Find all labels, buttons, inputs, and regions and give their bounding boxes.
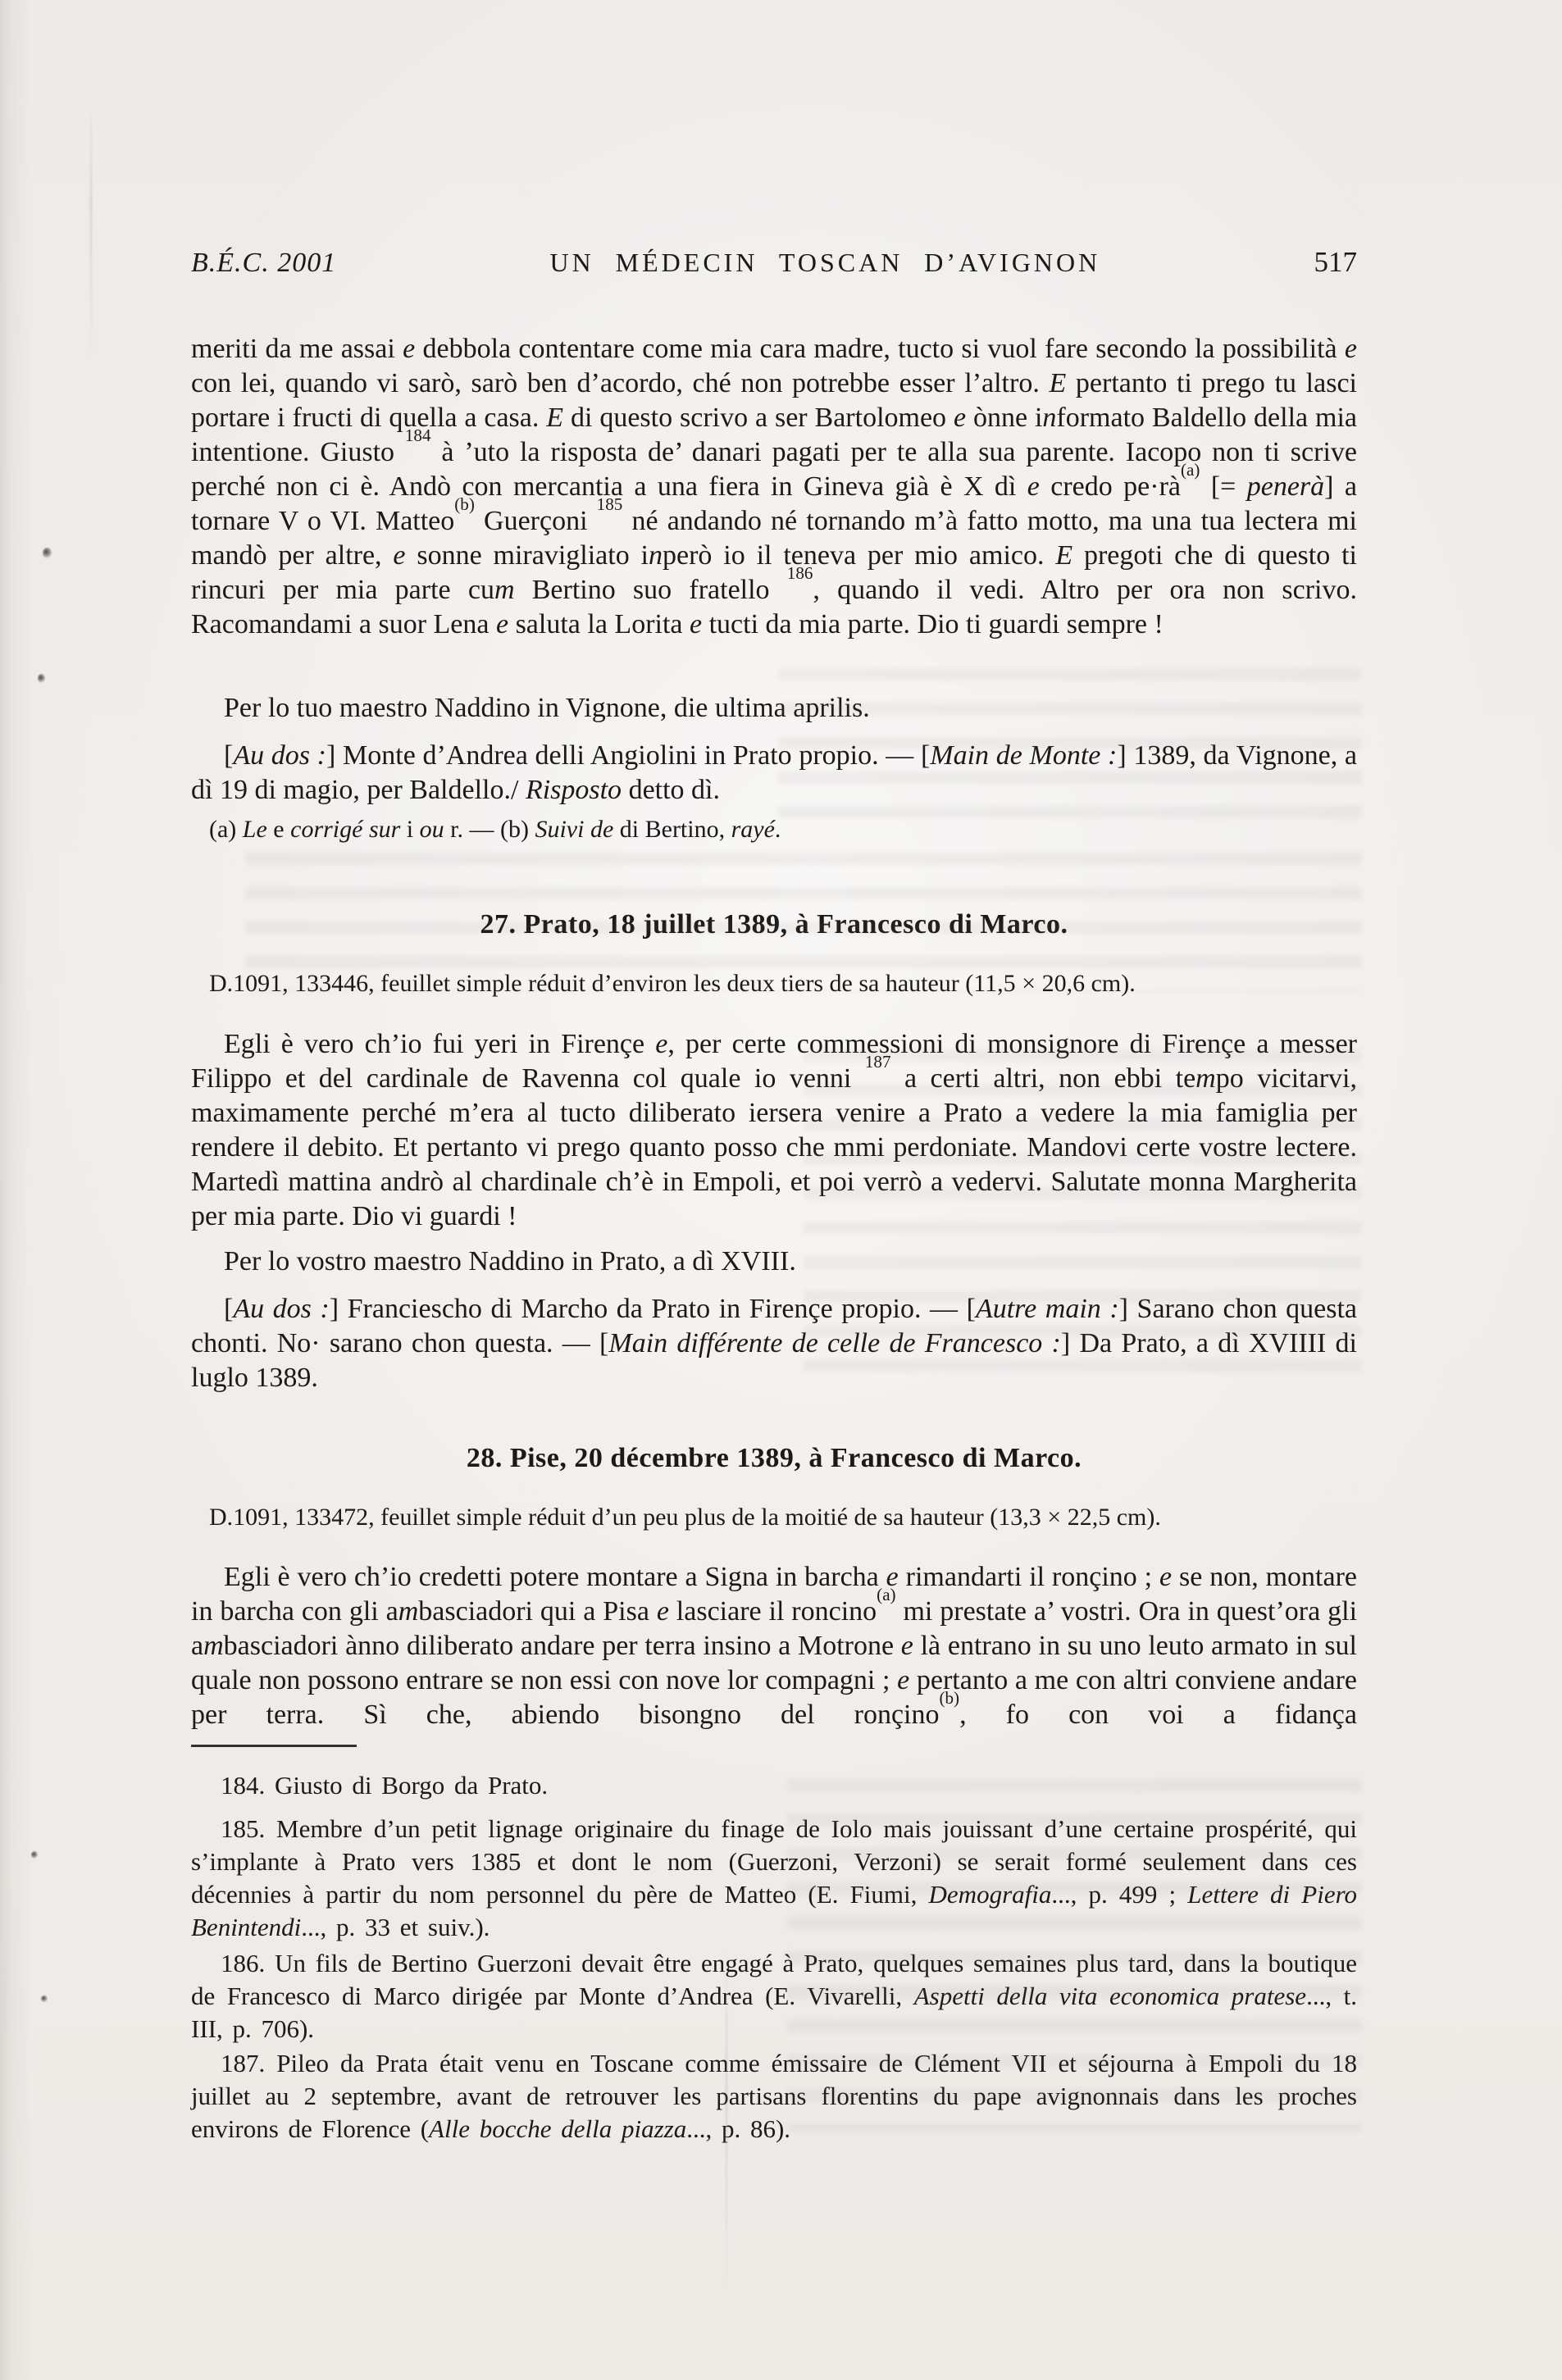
letter-26-body: meriti da me assai e debbola contentare …: [191, 332, 1357, 642]
paper-crease: [90, 98, 92, 361]
ink-speck: [38, 674, 45, 683]
letter-27-source-note: D.1091, 133446, feuillet simple réduit d…: [191, 968, 1357, 999]
running-title: UN MÉDECIN TOSCAN D’AVIGNON: [336, 248, 1314, 278]
letter-27-body: Egli è vero ch’io fui yeri in Firençe e,…: [191, 1027, 1357, 1234]
scanned-journal-page: B.É.C. 2001 UN MÉDECIN TOSCAN D’AVIGNON …: [0, 0, 1562, 2380]
ink-speck: [43, 548, 52, 558]
footnote-185: 185. Membre d’un petit lignage originair…: [191, 1813, 1357, 1944]
page-header: B.É.C. 2001 UN MÉDECIN TOSCAN D’AVIGNON …: [191, 246, 1357, 279]
footnote-187: 187. Pileo da Prata était venu en Toscan…: [191, 2047, 1357, 2146]
letter-26-apparatus: (a) Le e corrigé sur i ou r. — (b) Suivi…: [191, 814, 1357, 845]
letter-26-address: [Au dos :] Monte d’Andrea delli Angiolin…: [191, 739, 1357, 808]
paper-crease: [726, 1951, 727, 2296]
letter-27-heading: 27. Prato, 18 juillet 1389, à Francesco …: [191, 909, 1357, 940]
journal-abbreviation: B.É.C. 2001: [191, 248, 336, 279]
page-number: 517: [1314, 246, 1358, 279]
letter-26-signature: Per lo tuo maestro Naddino in Vignone, d…: [191, 691, 1357, 726]
ink-speck: [41, 1995, 48, 2002]
footnote-184: 184. Giusto di Borgo da Prato.: [191, 1769, 1357, 1802]
footnote-separator-rule: [191, 1745, 357, 1747]
letter-28-body: Egli è vero ch’io credetti potere montar…: [191, 1560, 1357, 1732]
letter-27-address: [Au dos :] Franciescho di Marcho da Prat…: [191, 1292, 1357, 1395]
footnote-186: 186. Un fils de Bertino Guerzoni devait …: [191, 1947, 1357, 2046]
letter-28-heading: 28. Pise, 20 décembre 1389, à Francesco …: [191, 1443, 1357, 1474]
letter-27-signature: Per lo vostro maestro Naddino in Prato, …: [191, 1245, 1357, 1279]
ink-speck: [31, 1851, 38, 1859]
letter-28-source-note: D.1091, 133472, feuillet simple réduit d…: [191, 1502, 1357, 1533]
